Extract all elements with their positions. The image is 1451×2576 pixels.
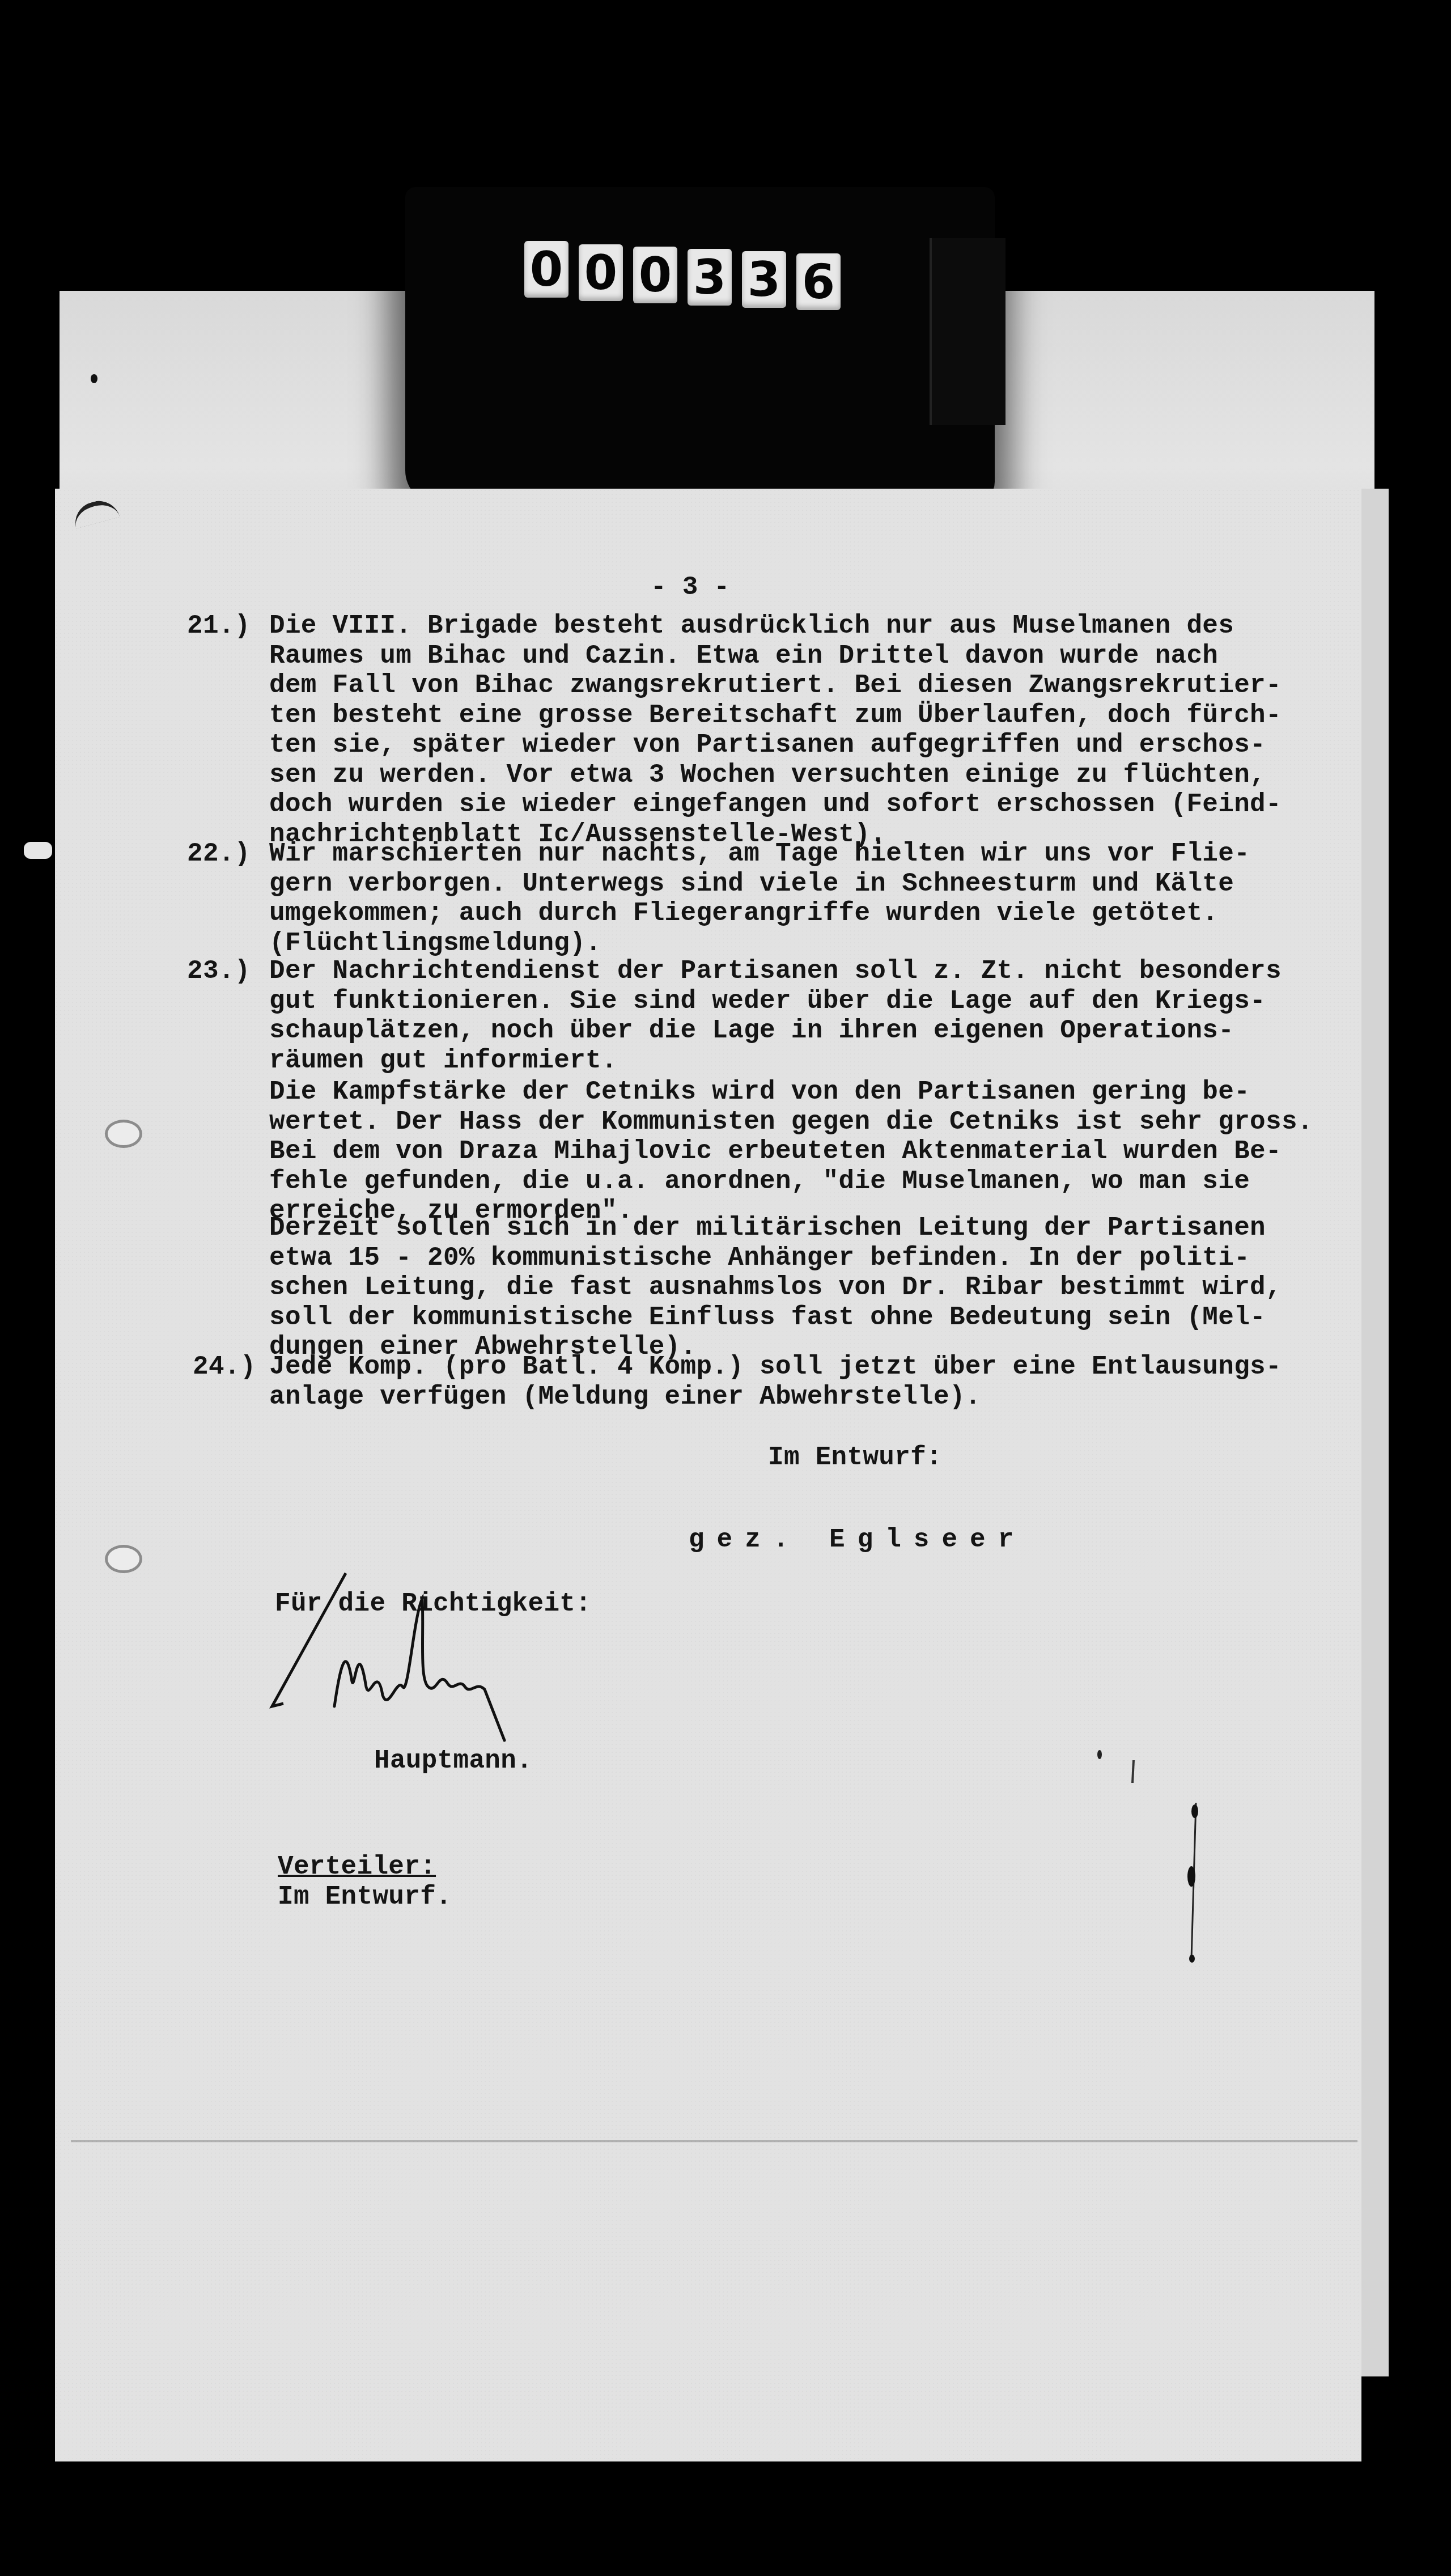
text-line: Raumes um Bihac und Cazin. Etwa ein Drit… bbox=[269, 641, 1282, 671]
text-line: anlage verfügen (Meldung einer Abwehrste… bbox=[269, 1382, 1282, 1412]
counter-digit: 3 bbox=[688, 249, 732, 306]
rank-label: Hauptmann. bbox=[374, 1746, 532, 1776]
text-line: Die Kampfstärke der Cetniks wird von den… bbox=[269, 1077, 1313, 1107]
item-number: 23.) bbox=[187, 956, 251, 986]
film-edge-mark bbox=[24, 842, 52, 859]
counter-digit: 0 bbox=[633, 247, 677, 303]
margin-pencil-marks-icon bbox=[1094, 1738, 1207, 1993]
distribution-title: Verteiler: bbox=[278, 1852, 452, 1882]
text-line: sen zu werden. Vor etwa 3 Wochen versuch… bbox=[269, 760, 1282, 790]
text-line: räumen gut informiert. bbox=[269, 1046, 1282, 1076]
item-number: 22.) bbox=[187, 839, 251, 869]
film-dust-mark bbox=[91, 374, 97, 383]
handwritten-signature-icon bbox=[261, 1565, 657, 1769]
counter-digit: 6 bbox=[796, 253, 841, 310]
distribution-block: Verteiler: Im Entwurf. bbox=[278, 1852, 452, 1912]
frame-counter: 0 0 0 3 3 6 bbox=[524, 241, 841, 310]
text-line: Wir marschierten nur nachts, am Tage hie… bbox=[269, 839, 1250, 869]
text-line: dem Fall von Bihac zwangsrekrutiert. Bei… bbox=[269, 671, 1282, 701]
text-line: Derzeit sollen sich in der militärischen… bbox=[269, 1213, 1282, 1243]
text-line: soll der kommunistische Einfluss fast oh… bbox=[269, 1303, 1282, 1333]
item-body: Wir marschierten nur nachts, am Tage hie… bbox=[269, 839, 1250, 958]
frame-counter-knob bbox=[930, 238, 1005, 425]
item-23-paragraph-leadership: Derzeit sollen sich in der militärischen… bbox=[269, 1213, 1282, 1362]
text-line: etwa 15 - 20% kommunistische Anhänger be… bbox=[269, 1243, 1282, 1273]
text-line: Bei dem von Draza Mihajlovic erbeuteten … bbox=[269, 1137, 1313, 1167]
counter-digit: 0 bbox=[579, 244, 623, 301]
distribution-value: Im Entwurf. bbox=[278, 1882, 452, 1912]
item-number: 24.) bbox=[193, 1352, 256, 1382]
text-line: schen Leitung, die fast ausnahmslos von … bbox=[269, 1273, 1282, 1303]
item-body: Der Nachrichtendienst der Partisanen sol… bbox=[269, 956, 1282, 1075]
fold-line bbox=[71, 2140, 1357, 2142]
text-line: Der Nachrichtendienst der Partisanen sol… bbox=[269, 956, 1282, 986]
counter-digit: 3 bbox=[742, 251, 786, 308]
item-number: 21.) bbox=[187, 611, 251, 641]
text-line: ten sie, später wieder von Partisanen au… bbox=[269, 730, 1282, 760]
text-line: gut funktionieren. Sie sind weder über d… bbox=[269, 986, 1282, 1016]
draft-label: Im Entwurf: bbox=[768, 1443, 942, 1473]
punch-hole-icon bbox=[105, 1545, 142, 1573]
page-number: - 3 - bbox=[651, 573, 730, 603]
counter-digit: 0 bbox=[524, 241, 568, 298]
text-line: Die VIII. Brigade besteht ausdrücklich n… bbox=[269, 611, 1282, 641]
text-line: Jede Komp. (pro Batl. 4 Komp.) soll jetz… bbox=[269, 1352, 1282, 1382]
item-body: Jede Komp. (pro Batl. 4 Komp.) soll jetz… bbox=[269, 1352, 1282, 1412]
text-line: schauplätzen, noch über die Lage in ihre… bbox=[269, 1016, 1282, 1046]
text-line: umgekommen; auch durch Fliegerangriffe w… bbox=[269, 899, 1250, 929]
punch-hole-icon bbox=[105, 1120, 142, 1148]
text-line: fehle gefunden, die u.a. anordnen, "die … bbox=[269, 1167, 1313, 1197]
text-line: (Flüchtlingsmeldung). bbox=[269, 929, 1250, 959]
text-line: ten besteht eine grosse Bereitschaft zum… bbox=[269, 701, 1282, 731]
item-23-paragraph-cetniks: Die Kampfstärke der Cetniks wird von den… bbox=[269, 1077, 1313, 1226]
signed-by: gez. Eglseer bbox=[689, 1525, 1026, 1555]
text-line: wertet. Der Hass der Kommunisten gegen d… bbox=[269, 1107, 1313, 1137]
frame-counter-device bbox=[405, 187, 995, 505]
text-line: gern verborgen. Unterwegs sind viele in … bbox=[269, 869, 1250, 899]
item-body: Die VIII. Brigade besteht ausdrücklich n… bbox=[269, 611, 1282, 849]
text-line: doch wurden sie wieder eingefangen und s… bbox=[269, 790, 1282, 820]
